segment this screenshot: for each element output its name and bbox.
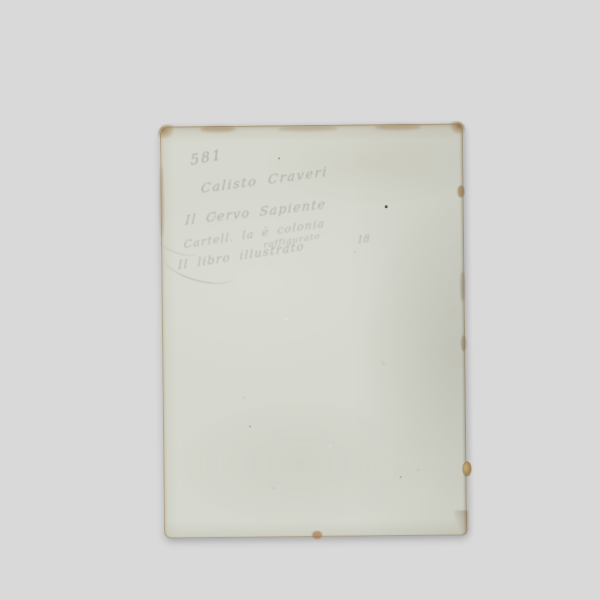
stain-right-edge-1 xyxy=(457,185,464,197)
stain-left-edge xyxy=(159,167,164,237)
stain-corner-top-right xyxy=(447,121,465,137)
photo-backdrop: 581 Calisto Craveri Il Cervo Sapiente Ca… xyxy=(0,0,600,600)
stain-right-edge-3 xyxy=(460,271,464,301)
foxing-speck xyxy=(385,205,388,208)
stain-corner-top-left xyxy=(158,124,178,142)
inscription-number-2: 18 xyxy=(357,234,370,247)
photo-card-back: 581 Calisto Craveri Il Cervo Sapiente Ca… xyxy=(160,123,467,538)
inscription-number: 581 xyxy=(190,147,223,169)
inscription-line-5: Il libro illustrato xyxy=(178,239,305,272)
foxing-speck xyxy=(249,426,251,428)
foxing-speck xyxy=(400,476,402,478)
stain-corner-bottom-right xyxy=(454,510,468,536)
inscription-line-4: Cartell. la è colonia xyxy=(184,217,326,252)
stain-top-edge-1 xyxy=(200,126,236,132)
inscription-insert-word: raffigurato xyxy=(263,231,320,251)
inscription-title: Il Cervo Sapiente xyxy=(185,196,327,228)
pencil-scribble-arc xyxy=(156,232,201,260)
pencil-scribble-arc xyxy=(161,245,238,290)
chip-right-edge xyxy=(462,461,471,475)
stain-top-edge-3 xyxy=(375,124,421,130)
foxing-speck xyxy=(278,157,280,159)
inscription-name: Calisto Craveri xyxy=(201,165,329,197)
stain-top-edge-2 xyxy=(278,126,338,132)
stain-right-edge-2 xyxy=(461,335,466,351)
stain-bottom-edge xyxy=(312,531,322,539)
